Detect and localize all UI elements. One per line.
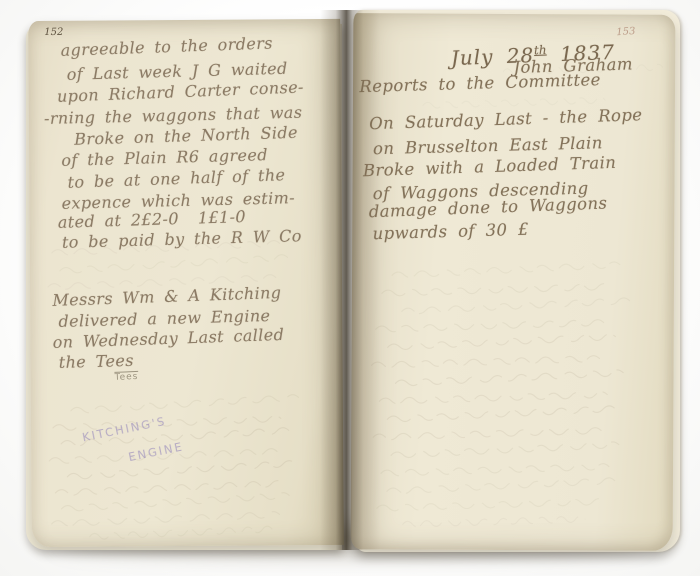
page-number-right: 153 [616,26,636,38]
page-number-left: 152 [44,27,63,38]
manuscript-line: the Tees [58,351,134,372]
entry-date-suffix: th [534,43,547,57]
left-page: 152 agreeable to the orders of Last week… [28,19,344,547]
manuscript-line: On Saturday Last - the Rope [369,105,643,133]
archive-stamp-line2: ENGINE [127,439,185,464]
right-page: 153 July 28th 1837 John Graham Reports t… [351,13,676,551]
manuscript-line: to be at one half of the [67,165,285,192]
manuscript-line: upwards of 30 £ [372,220,529,244]
manuscript-line: agreeable to the orders [60,33,273,59]
photo-background: 152 agreeable to the orders of Last week… [0,0,700,576]
archive-stamp-line1: KITCHING'S [81,414,167,445]
pencil-annotation: Tees [114,372,138,383]
